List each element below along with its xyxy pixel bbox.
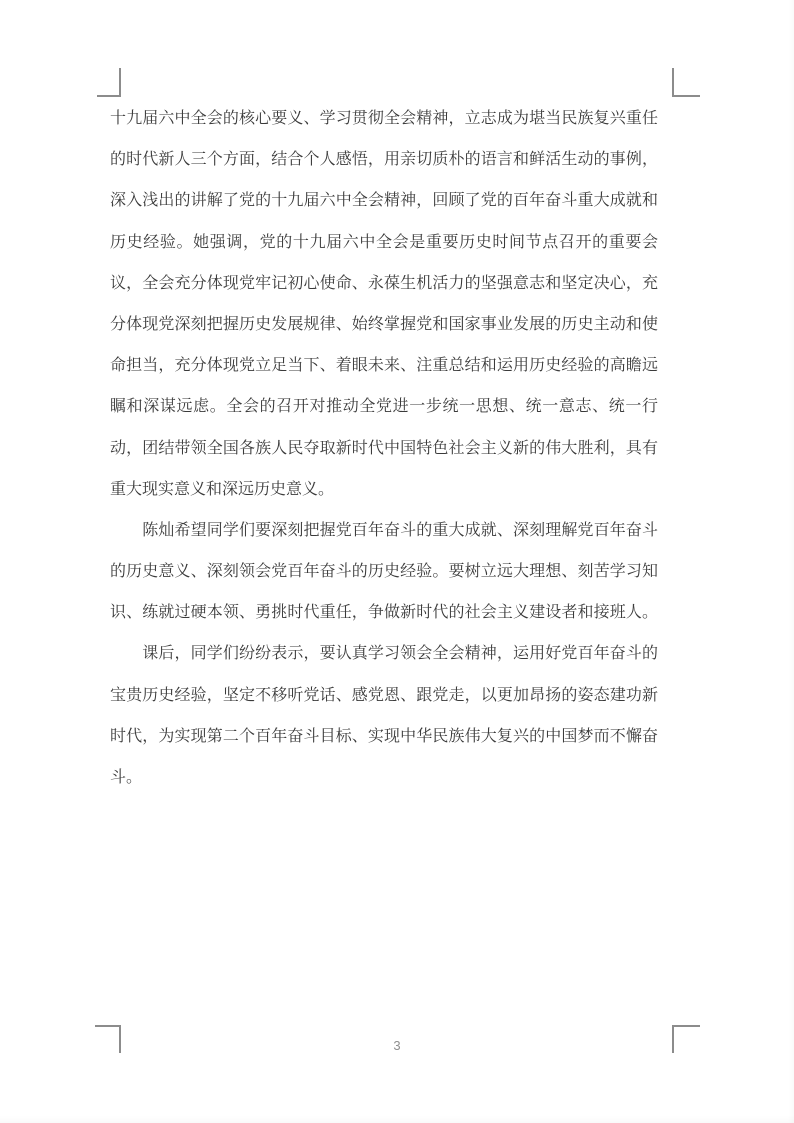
text-line: 分体现党深刻把握历史发展规律、始终掌握党和国家事业发展的历史主动和使: [110, 304, 658, 345]
text-line: 瞩和深谋远虑。全会的召开对推动全党进一步统一思想、统一意志、统一行: [110, 386, 658, 427]
text-line: 议，全会充分体现党牢记初心使命、永葆生机活力的坚强意志和坚定决心，充: [110, 263, 658, 304]
crop-mark-top-left-icon: [97, 68, 121, 97]
page-number: 3: [0, 1038, 794, 1053]
text-line: 陈灿希望同学们要深刻把握党百年奋斗的重大成就、深刻理解党百年奋斗: [110, 510, 658, 551]
scanned-document-page: 十九届六中全会的核心要义、学习贯彻全会精神，立志成为堪当民族复兴重任 的时代新人…: [0, 0, 794, 1123]
text-line: 历史经验。她强调，党的十九届六中全会是重要历史时间节点召开的重要会: [110, 222, 658, 263]
text-line: 十九届六中全会的核心要义、学习贯彻全会精神，立志成为堪当民族复兴重任: [110, 98, 658, 139]
text-line: 动，团结带领全国各族人民夺取新时代中国特色社会主义新的伟大胜利，具有: [110, 428, 658, 469]
text-line: 命担当，充分体现党立足当下、着眼未来、注重总结和运用历史经验的高瞻远: [110, 345, 658, 386]
text-line: 时代，为实现第二个百年奋斗目标、实现中华民族伟大复兴的中国梦而不懈奋: [110, 716, 658, 757]
text-line: 识、练就过硬本领、勇挑时代重任，争做新时代的社会主义建设者和接班人。: [110, 592, 658, 633]
text-line: 的历史意义、深刻领会党百年奋斗的历史经验。要树立远大理想、刻苦学习知: [110, 551, 658, 592]
text-line: 斗。: [110, 757, 658, 798]
text-line: 深入浅出的讲解了党的十九届六中全会精神，回顾了党的百年奋斗重大成就和: [110, 180, 658, 221]
document-body-text: 十九届六中全会的核心要义、学习贯彻全会精神，立志成为堪当民族复兴重任 的时代新人…: [110, 98, 658, 798]
text-line: 课后，同学们纷纷表示，要认真学习领会全会精神，运用好党百年奋斗的: [110, 633, 658, 674]
crop-mark-top-right-icon: [672, 68, 700, 97]
text-line: 的时代新人三个方面，结合个人感悟，用亲切质朴的语言和鲜活生动的事例，: [110, 139, 658, 180]
text-line: 宝贵历史经验，坚定不移听党话、感党恩、跟党走，以更加昂扬的姿态建功新: [110, 675, 658, 716]
text-line: 重大现实意义和深远历史意义。: [110, 469, 658, 510]
